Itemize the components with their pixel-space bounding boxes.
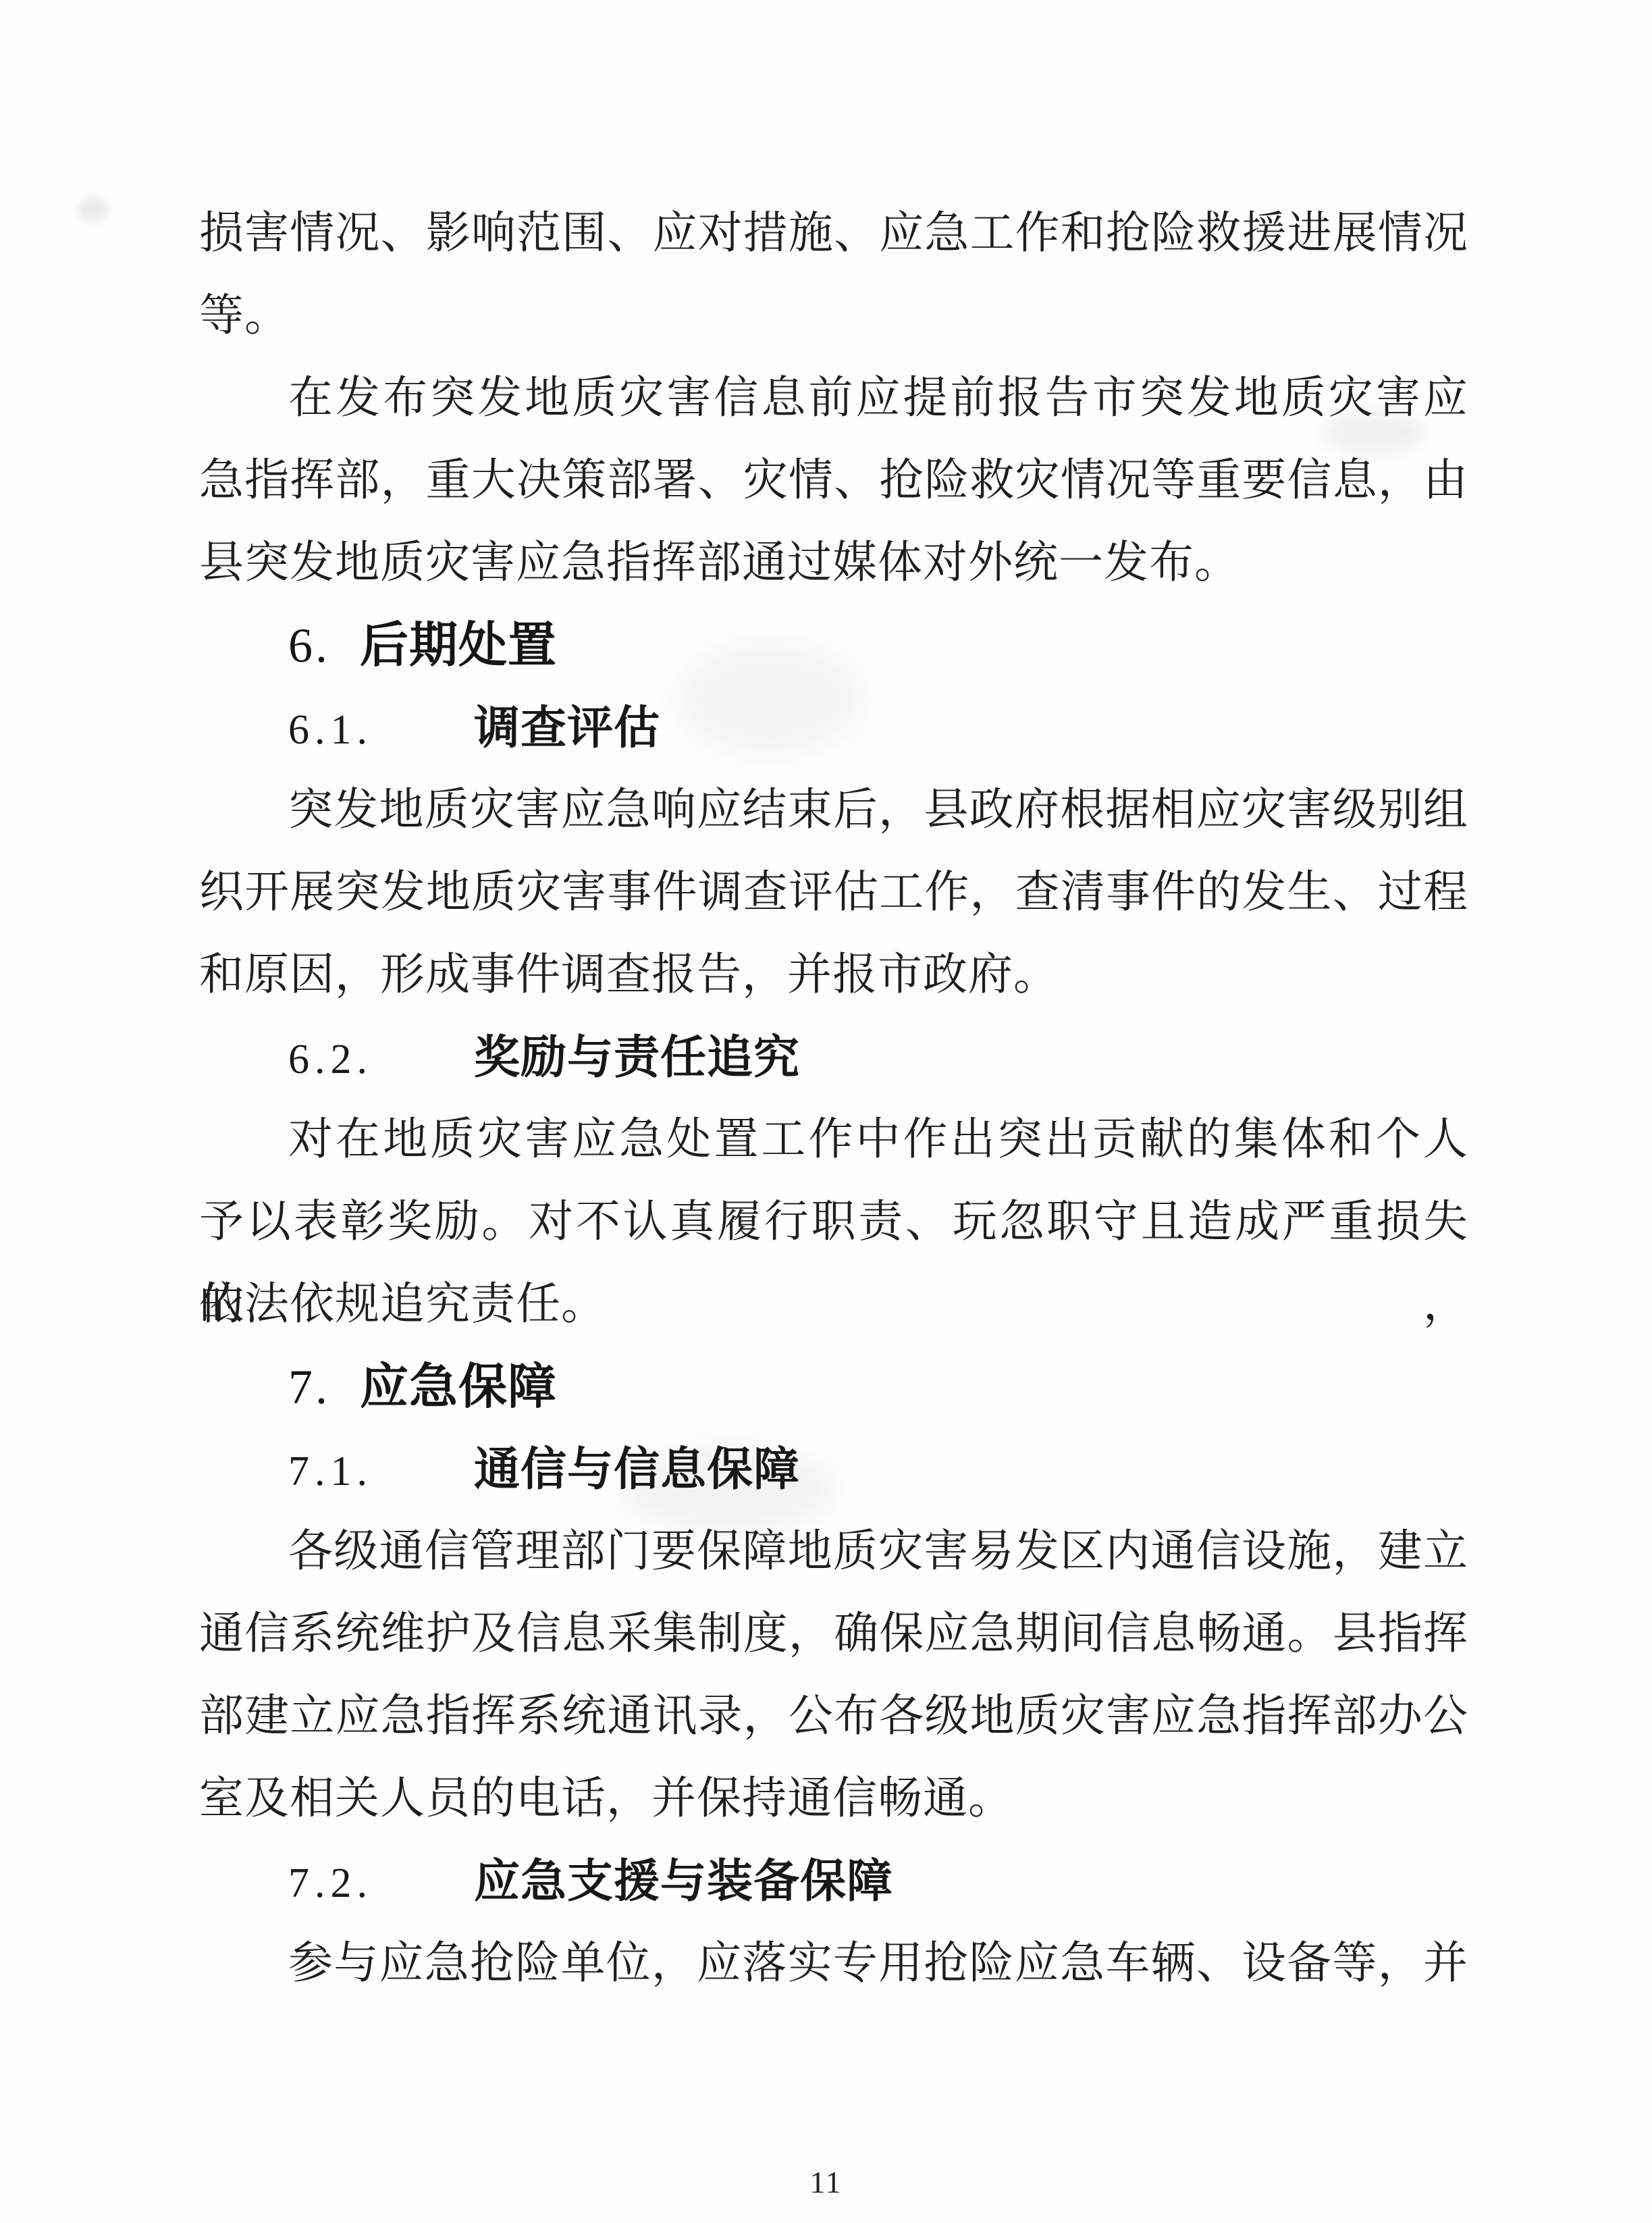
text-line: 参与应急抢险单位，应落实专用抢险应急车辆、设备等，并 xyxy=(199,1923,1468,2005)
heading-title: 应急保障 xyxy=(360,1360,557,1414)
text-line: 予以表彰奖励。对不认真履行职责、玩忽职守且造成严重损失的， xyxy=(199,1181,1468,1263)
text-line: 突发地质灾害应急响应结束后，县政府根据相应灾害级别组 xyxy=(199,769,1468,852)
heading-title: 奖励与责任追究 xyxy=(474,1032,800,1083)
text-line: 和原因，形成事件调查报告，并报市政府。 xyxy=(199,934,1468,1016)
subsection-heading: 7.2.应急支援与装备保障 xyxy=(199,1840,1468,1923)
text-line: 各级通信管理部门要保障地质灾害易发区内通信设施，建立 xyxy=(199,1511,1468,1593)
subsection-heading: 6.1.调查评估 xyxy=(199,687,1468,769)
page-number: 11 xyxy=(0,2164,1652,2200)
heading-title: 调查评估 xyxy=(474,702,660,754)
text-line: 县突发地质灾害应急指挥部通过媒体对外统一发布。 xyxy=(199,522,1468,604)
section-heading: 6.后期处置 xyxy=(199,604,1468,687)
heading-number: 6.2. xyxy=(288,1037,373,1082)
heading-number: 7. xyxy=(288,1360,330,1414)
heading-number: 7.1. xyxy=(288,1448,373,1494)
text-line: 室及相关人员的电话，并保持通信畅通。 xyxy=(199,1758,1468,1840)
text-block: 损害情况、影响范围、应对措施、应急工作和抢险救援进展情况等。在发布突发地质灾害信… xyxy=(199,192,1468,2005)
heading-number: 7.2. xyxy=(288,1860,373,1906)
text-line: 在发布突发地质灾害信息前应提前报告市突发地质灾害应 xyxy=(199,357,1468,440)
heading-title: 后期处置 xyxy=(360,619,557,673)
text-line: 部建立应急指挥系统通讯录，公布各级地质灾害应急指挥部办公 xyxy=(199,1675,1468,1758)
text-line: 织开展突发地质灾害事件调查评估工作，查清事件的发生、过程 xyxy=(199,852,1468,934)
heading-number: 6. xyxy=(288,619,330,673)
text-line: 对在地质灾害应急处置工作中作出突出贡献的集体和个人 xyxy=(199,1099,1468,1181)
text-line: 等。 xyxy=(199,275,1468,357)
scan-smudge xyxy=(78,197,108,221)
section-heading: 7.应急保障 xyxy=(199,1346,1468,1428)
heading-number: 6.1. xyxy=(288,707,373,753)
subsection-heading: 7.1.通信与信息保障 xyxy=(199,1428,1468,1511)
document-page: 损害情况、影响范围、应对措施、应急工作和抢险救援进展情况等。在发布突发地质灾害信… xyxy=(0,0,1652,2223)
text-line: 损害情况、影响范围、应对措施、应急工作和抢险救援进展情况 xyxy=(199,192,1468,275)
heading-title: 通信与信息保障 xyxy=(474,1444,800,1495)
subsection-heading: 6.2.奖励与责任追究 xyxy=(199,1016,1468,1099)
text-line: 通信系统维护及信息采集制度，确保应急期间信息畅通。县指挥 xyxy=(199,1593,1468,1675)
heading-title: 应急支援与装备保障 xyxy=(474,1856,893,1907)
text-line: 急指挥部，重大决策部署、灾情、抢险救灾情况等重要信息，由 xyxy=(199,440,1468,522)
